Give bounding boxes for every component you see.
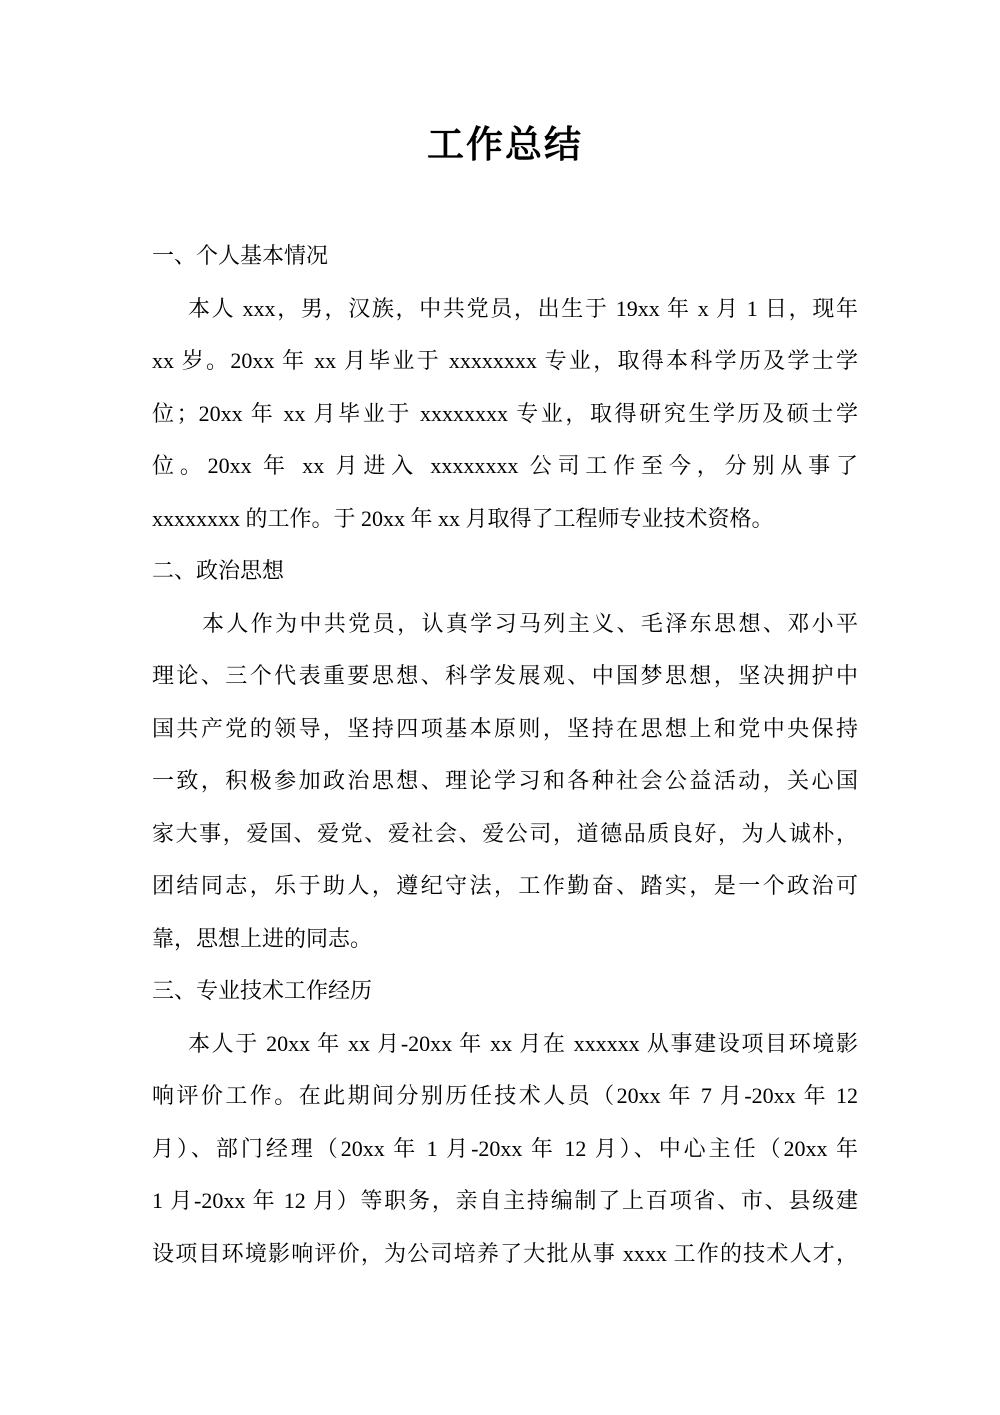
section-heading-3: 三、专业技术工作经历 [152, 965, 858, 1018]
body-line: 位；20xx 年 xx 月毕业于 xxxxxxxx 专业，取得研究生学历及硕士学 [152, 388, 858, 441]
document-body: 一、个人基本情况 本人 xxx，男，汉族，中共党员，出生于 19xx 年 x 月… [152, 230, 858, 1280]
section-heading-1: 一、个人基本情况 [152, 230, 858, 283]
body-line: 月）、部门经理（20xx 年 1 月-20xx 年 12 月）、中心主任（20x… [152, 1123, 858, 1176]
body-line: xx 岁。20xx 年 xx 月毕业于 xxxxxxxx 专业，取得本科学历及学… [152, 335, 858, 388]
body-line: 本人 xxx，男，汉族，中共党员，出生于 19xx 年 x 月 1 日，现年 [152, 283, 858, 336]
body-line: 1 月-20xx 年 12 月）等职务，亲自主持编制了上百项省、市、县级建 [152, 1175, 858, 1228]
body-line: 设项目环境影响评价，为公司培养了大批从事 xxxx 工作的技术人才， [152, 1228, 858, 1281]
body-line: 响评价工作。在此期间分别历任技术人员（20xx 年 7 月-20xx 年 12 [152, 1070, 858, 1123]
section-heading-2: 二、政治思想 [152, 545, 858, 598]
body-line: 国共产党的领导，坚持四项基本原则，坚持在思想上和党中央保持 [152, 703, 858, 756]
body-line: 家大事，爱国、爱党、爱社会、爱公司，道德品质良好，为人诚朴， [152, 808, 858, 861]
body-line: 位。20xx 年 xx 月进入 xxxxxxxx 公司工作至今，分别从事了 [152, 440, 858, 493]
body-line: 靠，思想上进的同志。 [152, 913, 858, 966]
body-line: 本人作为中共党员，认真学习马列主义、毛泽东思想、邓小平 [152, 598, 858, 651]
body-line: 团结同志，乐于助人，遵纪守法，工作勤奋、踏实，是一个政治可 [152, 860, 858, 913]
body-line: xxxxxxxx 的工作。于 20xx 年 xx 月取得了工程师专业技术资格。 [152, 493, 858, 546]
body-line: 理论、三个代表重要思想、科学发展观、中国梦思想，坚决拥护中 [152, 650, 858, 703]
document-title: 工作总结 [152, 121, 858, 169]
body-line: 本人于 20xx 年 xx 月-20xx 年 xx 月在 xxxxxx 从事建设… [152, 1018, 858, 1071]
document-page: 工作总结 一、个人基本情况 本人 xxx，男，汉族，中共党员，出生于 19xx … [0, 0, 1000, 1415]
body-line: 一致，积极参加政治思想、理论学习和各种社会公益活动，关心国 [152, 755, 858, 808]
